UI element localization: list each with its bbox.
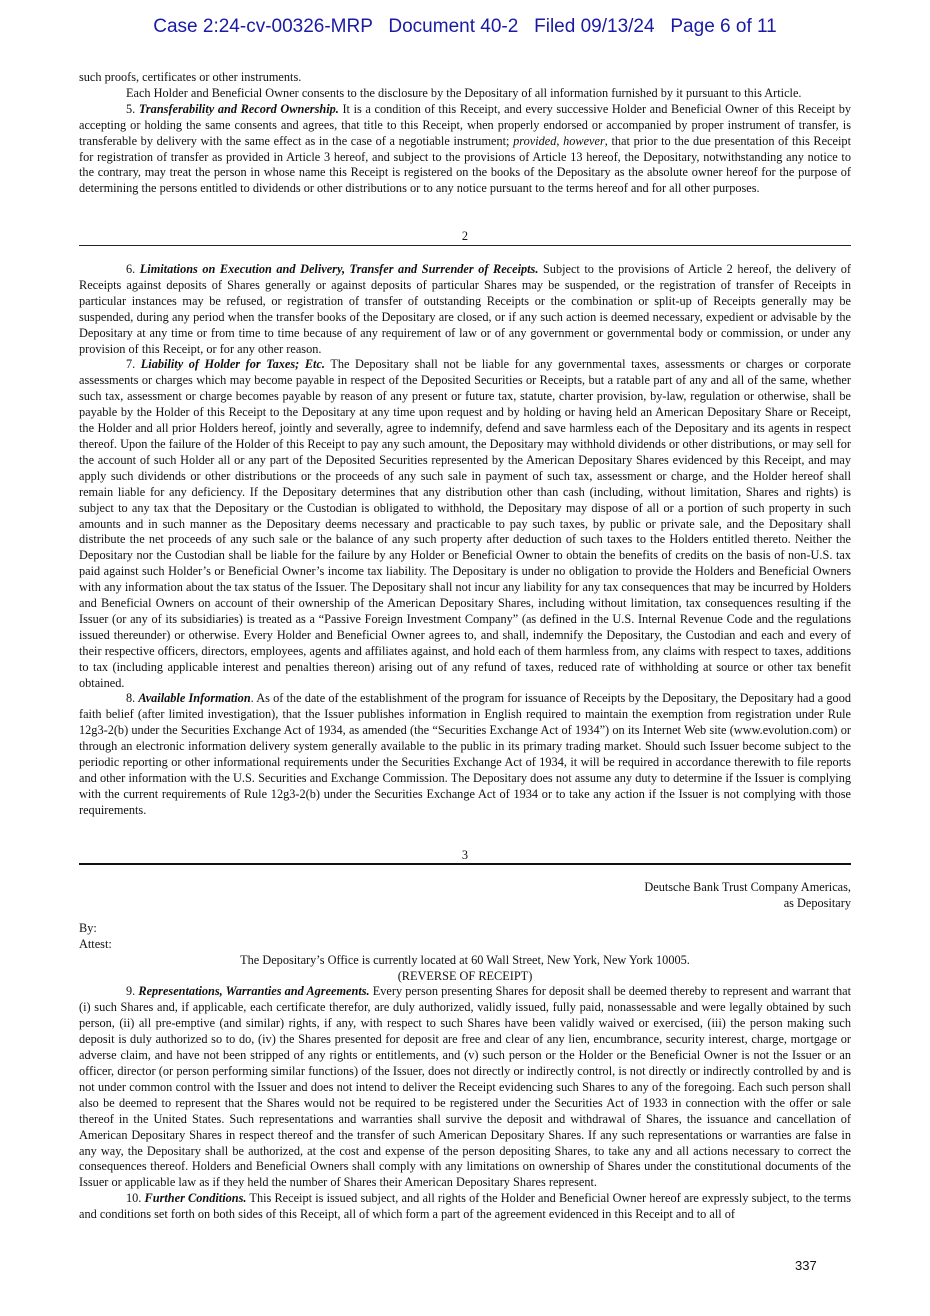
article-10-number: 10. <box>126 1191 145 1205</box>
signatory-name: Deutsche Bank Trust Company Americas, <box>79 880 851 896</box>
article-8-title: Available Information <box>138 691 250 705</box>
article-5-title: Transferability and Record Ownership. <box>139 102 339 116</box>
article-5: 5. Transferability and Record Ownership.… <box>79 102 851 197</box>
court-filing-stamp: Case 2:24-cv-00326-MRP Document 40-2 Fil… <box>0 16 930 38</box>
provided-word: provided <box>513 134 556 148</box>
however-word: however <box>563 134 605 148</box>
article-9-text: Every person presenting Shares for depos… <box>79 984 851 1189</box>
article-9-title: Representations, Warranties and Agreemen… <box>138 984 369 998</box>
signatory-role: as Depositary <box>79 896 851 912</box>
section-bottom: Deutsche Bank Trust Company Americas, as… <box>79 880 851 1223</box>
bates-number: 337 <box>795 1258 817 1273</box>
by-label: By: <box>79 921 851 937</box>
attest-label: Attest: <box>79 937 851 953</box>
article-6-number: 6. <box>126 262 140 276</box>
article-7-number: 7. <box>126 357 141 371</box>
page-number-2: 2 <box>79 229 851 244</box>
article-5-number: 5. <box>126 102 139 116</box>
article-7-text: The Depositary shall not be liable for a… <box>79 357 851 689</box>
consent-paragraph: Each Holder and Beneficial Owner consent… <box>79 86 851 102</box>
article-6-text: Subject to the provisions of Article 2 h… <box>79 262 851 356</box>
article-7-title: Liability of Holder for Taxes; Etc. <box>141 357 325 371</box>
section-middle: 6. Limitations on Execution and Delivery… <box>79 262 851 819</box>
article-6-title: Limitations on Execution and Delivery, T… <box>140 262 539 276</box>
article-9: 9. Representations, Warranties and Agree… <box>79 984 851 1191</box>
continuation-line: such proofs, certificates or other instr… <box>79 70 851 86</box>
article-9-number: 9. <box>126 984 138 998</box>
reverse-heading: (REVERSE OF RECEIPT) <box>79 969 851 985</box>
document-page: Case 2:24-cv-00326-MRP Document 40-2 Fil… <box>0 0 930 1316</box>
section-top: such proofs, certificates or other instr… <box>79 70 851 197</box>
article-8-number: 8. <box>126 691 138 705</box>
page-number-3: 3 <box>79 848 851 863</box>
article-10-title: Further Conditions. <box>145 1191 247 1205</box>
article-10: 10. Further Conditions. This Receipt is … <box>79 1191 851 1223</box>
page-divider <box>79 245 851 246</box>
article-7: 7. Liability of Holder for Taxes; Etc. T… <box>79 357 851 691</box>
depositary-office: The Depositary’s Office is currently loc… <box>79 953 851 969</box>
page-divider-thick <box>79 863 851 865</box>
article-8: 8. Available Information. As of the date… <box>79 691 851 818</box>
article-6: 6. Limitations on Execution and Delivery… <box>79 262 851 357</box>
article-8-text: . As of the date of the establishment of… <box>79 691 851 816</box>
